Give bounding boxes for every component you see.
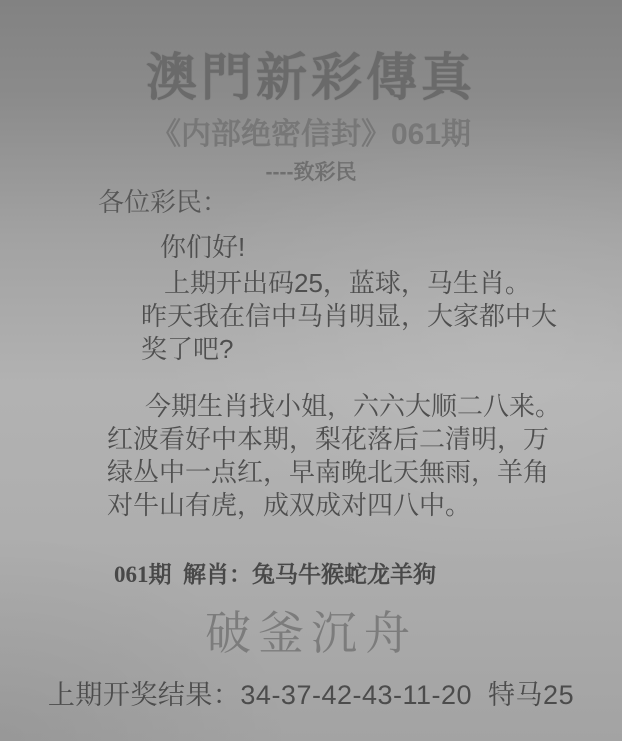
lottery-flyer-page: 澳門新彩傳真 《内部绝密信封》061期 ----致彩民 各位彩民： 你们好! 上…	[0, 0, 622, 741]
issue-subtitle: 《内部绝密信封》061期	[0, 109, 622, 153]
zodiac-hint-line: 061期 解肖：兔马牛猴蛇龙羊狗	[114, 556, 436, 589]
last-draw-result: 上期开奖结果：34-37-42-43-11-20 特马25	[0, 673, 622, 712]
page-title: 澳門新彩傳真	[0, 36, 622, 110]
paragraph2-line3: 绿丛中一点红，早南晚北天無雨，羊角	[107, 459, 549, 485]
paragraph1-line2: 昨天我在信中马肖明显，大家都中大	[141, 303, 557, 329]
dedication-line: ----致彩民	[0, 156, 622, 186]
idiom-text: 破釜沉舟	[0, 597, 622, 663]
paragraph1-line3: 奖了吧?	[141, 336, 233, 362]
paragraph2-line1: 今期生肖找小姐，六六大顺二八来。	[145, 393, 561, 419]
letter-greeting: 你们好!	[160, 234, 245, 260]
paragraph1-line1: 上期开出码25，蓝球，马生肖。	[164, 270, 531, 296]
letter-salutation: 各位彩民：	[98, 189, 228, 215]
paragraph2-line2: 红波看好中本期，梨花落后二清明，万	[107, 426, 549, 452]
paragraph2-line4: 对牛山有虎，成双成对四八中。	[107, 492, 471, 518]
